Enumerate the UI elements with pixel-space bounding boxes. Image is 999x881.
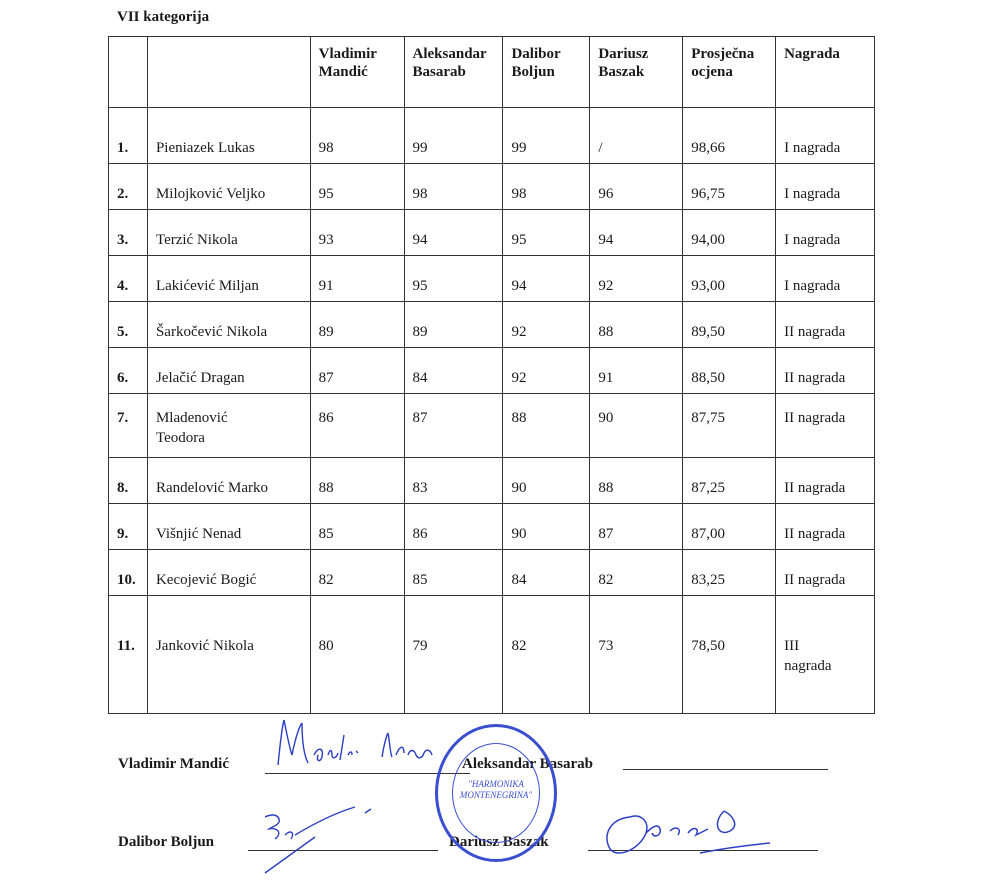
- cell-basarab: 98: [404, 164, 503, 210]
- cell-no: 3.: [109, 210, 148, 256]
- cell-mandic: 98: [310, 108, 404, 164]
- cell-basarab: 86: [404, 504, 503, 550]
- cell-baszak: 88: [590, 458, 683, 504]
- cell-baszak: 90: [590, 394, 683, 458]
- header-cell-average: Prosječnaocjena: [683, 37, 776, 108]
- table-row: 7.MladenovićTeodora8687889087,75II nagra…: [109, 394, 875, 458]
- cell-basarab: 85: [404, 550, 503, 596]
- table-row: 8.Randelović Marko8883908887,25II nagrad…: [109, 458, 875, 504]
- header-cell-baszak: DariuszBaszak: [590, 37, 683, 108]
- cell-name: Kecojević Bogić: [147, 550, 310, 596]
- header-cell-name: [147, 37, 310, 108]
- cell-award: I nagrada: [776, 108, 875, 164]
- table-row: 2.Milojković Veljko9598989696,75I nagrad…: [109, 164, 875, 210]
- page-title: VII kategorija: [117, 9, 209, 26]
- cell-award: II nagrada: [776, 550, 875, 596]
- cell-mandic: 80: [310, 596, 404, 714]
- cell-award: II nagrada: [776, 504, 875, 550]
- handwritten-signature-baszak: [600, 805, 780, 860]
- cell-mandic: 91: [310, 256, 404, 302]
- cell-average: 98,66: [683, 108, 776, 164]
- header-cell-basarab: AleksandarBasarab: [404, 37, 503, 108]
- cell-baszak: 92: [590, 256, 683, 302]
- cell-average: 96,75: [683, 164, 776, 210]
- cell-award: I nagrada: [776, 256, 875, 302]
- cell-name: Jelačić Dragan: [147, 348, 310, 394]
- cell-name: Janković Nikola: [147, 596, 310, 714]
- cell-basarab: 89: [404, 302, 503, 348]
- header-cell-mandic: VladimirMandić: [310, 37, 404, 108]
- header-cell-boljun: DaliborBoljun: [503, 37, 590, 108]
- cell-award: II nagrada: [776, 348, 875, 394]
- cell-baszak: 73: [590, 596, 683, 714]
- table-row: 10.Kecojević Bogić8285848283,25II nagrad…: [109, 550, 875, 596]
- table-header-row: VladimirMandić AleksandarBasarab Dalibor…: [109, 37, 875, 108]
- cell-no: 10.: [109, 550, 148, 596]
- cell-mandic: 93: [310, 210, 404, 256]
- cell-no: 11.: [109, 596, 148, 714]
- cell-boljun: 95: [503, 210, 590, 256]
- cell-average: 78,50: [683, 596, 776, 714]
- cell-baszak: 94: [590, 210, 683, 256]
- cell-no: 5.: [109, 302, 148, 348]
- cell-basarab: 84: [404, 348, 503, 394]
- cell-boljun: 90: [503, 458, 590, 504]
- cell-mandic: 86: [310, 394, 404, 458]
- signature-label-mandic: Vladimir Mandić: [118, 756, 229, 773]
- table-row: 9.Višnjić Nenad8586908787,00II nagrada: [109, 504, 875, 550]
- cell-average: 88,50: [683, 348, 776, 394]
- cell-boljun: 92: [503, 348, 590, 394]
- cell-name: Terzić Nikola: [147, 210, 310, 256]
- cell-baszak: 91: [590, 348, 683, 394]
- cell-mandic: 88: [310, 458, 404, 504]
- cell-mandic: 82: [310, 550, 404, 596]
- official-stamp: "HARMONIKA MONTENEGRINA": [435, 724, 557, 862]
- cell-no: 6.: [109, 348, 148, 394]
- cell-no: 7.: [109, 394, 148, 458]
- cell-average: 94,00: [683, 210, 776, 256]
- table-row: 3.Terzić Nikola9394959494,00I nagrada: [109, 210, 875, 256]
- cell-average: 87,25: [683, 458, 776, 504]
- cell-award: II nagrada: [776, 458, 875, 504]
- cell-average: 87,75: [683, 394, 776, 458]
- cell-basarab: 95: [404, 256, 503, 302]
- cell-name: Milojković Veljko: [147, 164, 310, 210]
- cell-boljun: 98: [503, 164, 590, 210]
- cell-no: 1.: [109, 108, 148, 164]
- cell-no: 4.: [109, 256, 148, 302]
- cell-award: I nagrada: [776, 210, 875, 256]
- results-table: VladimirMandić AleksandarBasarab Dalibor…: [108, 36, 875, 714]
- cell-basarab: 79: [404, 596, 503, 714]
- cell-average: 89,50: [683, 302, 776, 348]
- cell-average: 83,25: [683, 550, 776, 596]
- cell-basarab: 94: [404, 210, 503, 256]
- cell-baszak: /: [590, 108, 683, 164]
- cell-basarab: 87: [404, 394, 503, 458]
- cell-award: II nagrada: [776, 302, 875, 348]
- table-row: 11.Janković Nikola8079827378,50IIInagrad…: [109, 596, 875, 714]
- cell-mandic: 85: [310, 504, 404, 550]
- stamp-center-text: "HARMONIKA MONTENEGRINA": [438, 779, 554, 801]
- cell-mandic: 87: [310, 348, 404, 394]
- header-cell-number: [109, 37, 148, 108]
- cell-boljun: 88: [503, 394, 590, 458]
- cell-boljun: 99: [503, 108, 590, 164]
- cell-baszak: 88: [590, 302, 683, 348]
- cell-average: 87,00: [683, 504, 776, 550]
- cell-no: 8.: [109, 458, 148, 504]
- cell-baszak: 87: [590, 504, 683, 550]
- cell-boljun: 84: [503, 550, 590, 596]
- cell-boljun: 82: [503, 596, 590, 714]
- table-row: 4.Lakićević Miljan9195949293,00I nagrada: [109, 256, 875, 302]
- cell-award: I nagrada: [776, 164, 875, 210]
- cell-basarab: 99: [404, 108, 503, 164]
- cell-award: IIInagrada: [776, 596, 875, 714]
- cell-name: Lakićević Miljan: [147, 256, 310, 302]
- table-row: 6.Jelačić Dragan8784929188,50II nagrada: [109, 348, 875, 394]
- cell-baszak: 96: [590, 164, 683, 210]
- cell-mandic: 89: [310, 302, 404, 348]
- signature-line-basarab: [623, 769, 828, 770]
- handwritten-signature-boljun: [255, 805, 395, 875]
- cell-award: II nagrada: [776, 394, 875, 458]
- cell-baszak: 82: [590, 550, 683, 596]
- cell-no: 9.: [109, 504, 148, 550]
- cell-basarab: 83: [404, 458, 503, 504]
- cell-name: MladenovićTeodora: [147, 394, 310, 458]
- cell-average: 93,00: [683, 256, 776, 302]
- header-cell-award: Nagrada: [776, 37, 875, 108]
- cell-boljun: 94: [503, 256, 590, 302]
- cell-no: 2.: [109, 164, 148, 210]
- table-row: 1.Pieniazek Lukas989999/98,66I nagrada: [109, 108, 875, 164]
- cell-name: Šarkočević Nikola: [147, 302, 310, 348]
- cell-mandic: 95: [310, 164, 404, 210]
- table-row: 5.Šarkočević Nikola8989928889,50II nagra…: [109, 302, 875, 348]
- signature-label-boljun: Dalibor Boljun: [118, 834, 214, 851]
- cell-name: Pieniazek Lukas: [147, 108, 310, 164]
- cell-boljun: 90: [503, 504, 590, 550]
- cell-boljun: 92: [503, 302, 590, 348]
- cell-name: Randelović Marko: [147, 458, 310, 504]
- cell-name: Višnjić Nenad: [147, 504, 310, 550]
